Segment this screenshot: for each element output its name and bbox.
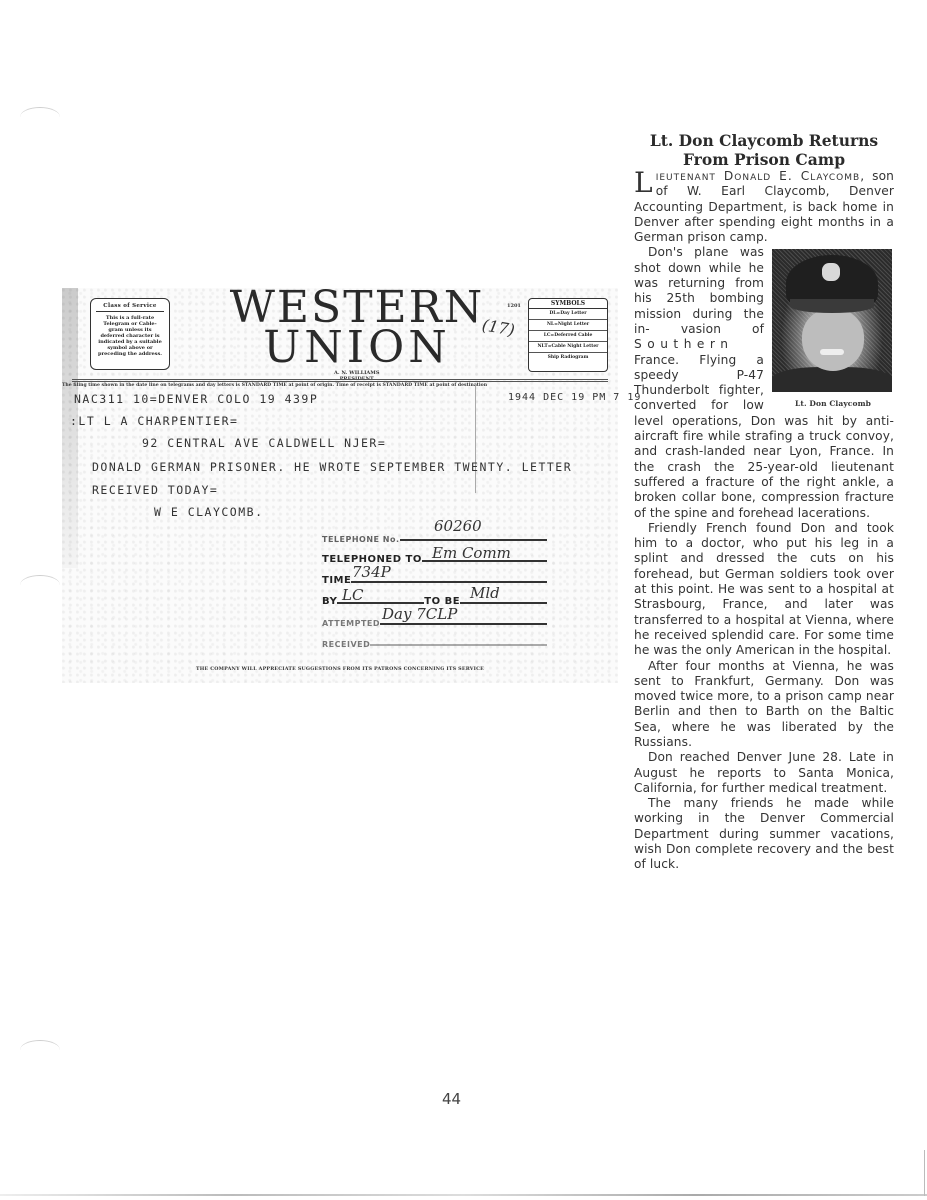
stamp-label: RECEIVED [322,640,370,649]
punch-hole-mark [20,107,60,127]
cap-eagle-insignia-icon [822,263,840,281]
received-stamp: 1944 DEC 19 PM 7 19 [508,392,641,403]
stamp-label: TIME [322,575,351,586]
headline-line-1: Lt. Don Claycomb Returns [634,131,894,150]
stamp-row-time: TIME 734P [322,565,547,586]
symbol-item: NL=Night Letter [529,320,607,331]
stamp-row-received: RECEIVED [322,628,547,649]
stamp-row-by: BY TO BE LC Mld [322,586,547,607]
symbols-title: SYMBOLS [529,299,607,309]
symbol-item: Ship Radiogram [529,353,607,363]
class-of-service-title: Class of Service [96,303,164,312]
stamp-line [460,602,547,604]
stamp-row-telephoned-to: TELEPHONED TO Em Comm [322,544,547,565]
portrait-photo [772,249,892,392]
handwritten-value: 60260 [434,517,482,535]
p2-text-1: Don's plane was shot down while he was r… [634,245,764,335]
symbols-box: SYMBOLS DL=Day Letter NL=Night Letter LC… [528,298,608,372]
page-right-edge [924,1150,925,1196]
stamp-line [400,539,547,541]
punch-hole-mark [20,575,60,595]
article-headline: Lt. Don Claycomb Returns From Prison Cam… [634,131,894,169]
message-line-2: RECEIVED TODAY= [92,483,218,497]
logo-line-union: UNION [212,328,502,368]
class-of-service-box: Class of Service This is a full-rate Tel… [90,298,170,370]
lead-smallcaps: ieutenant Donald E. Claycomb, [656,169,865,183]
symbol-item: LC=Deferred Cable [529,331,607,342]
article-body: L ieutenant Donald E. Claycomb, son of W… [634,169,894,873]
article-paragraph-4: After four months at Vienna, he was sent… [634,659,894,751]
western-union-logo: WESTERN UNION [212,288,502,368]
symbol-item: DL=Day Letter [529,309,607,320]
photo-caption: Lt. Don Claycomb [772,396,894,411]
page-number: 44 [442,1090,461,1108]
p2-spaced-word: Southern [634,337,733,351]
telegram-footer-note: THE COMPANY WILL APPRECIATE SUGGESTIONS … [62,666,618,672]
origin-line: NAC311 10=DENVER COLO 19 439P [74,392,318,406]
recipient-line: :LT L A CHARPENTIER= [70,414,238,428]
article-paragraph-6: The many friends he made while working i… [634,796,894,872]
handwritten-value: Mld [470,584,500,602]
article-paragraph-3: Friendly French found Don and took him t… [634,521,894,659]
handwritten-value: LC [342,586,363,604]
article-paragraph-5: Don reached Denver June 28. Late in Augu… [634,750,894,796]
punch-hole-mark [20,1040,60,1060]
symbol-item: NLT=Cable Night Letter [529,342,607,353]
news-article: Lt. Don Claycomb Returns From Prison Cam… [634,131,894,873]
page-bottom-edge [0,1194,927,1196]
stamp-label: TELEPHONE No. [322,535,400,544]
telephone-delivery-stamp: TELEPHONE No. 60260 TELEPHONED TO Em Com… [322,523,547,649]
stamp-line [370,644,547,646]
form-number: 1201 [507,303,521,309]
handwritten-value: 734P [352,563,391,581]
drop-cap: L [634,171,653,195]
scan-shadow [62,288,78,568]
headline-line-2: From Prison Camp [634,150,894,169]
signature-line: W E CLAYCOMB. [154,505,264,519]
stamp-label: ATTEMPTED [322,619,380,628]
header-rule [72,379,608,382]
stamp-line [380,623,547,625]
filing-time-note: The filing time shown in the date line o… [62,383,618,388]
stamp-line [351,581,547,583]
message-line-1: DONALD GERMAN PRISONER. HE WROTE SEPTEMB… [92,460,572,474]
column-divider [475,383,476,493]
stamp-row-attempted: ATTEMPTED Day 7CLP [322,607,547,628]
western-union-telegram: Class of Service This is a full-rate Tel… [62,288,618,683]
article-paragraph-1: L ieutenant Donald E. Claycomb, son of W… [634,169,894,245]
stamp-label: BY [322,596,337,607]
address-line: 92 CENTRAL AVE CALDWELL NJER= [142,436,386,450]
handwritten-value: Em Comm [432,544,511,562]
stamp-row-telephone-number: TELEPHONE No. 60260 [322,523,547,544]
class-of-service-text: This is a full-rate Telegram or Cable-gr… [96,315,164,357]
handwritten-value: Day 7CLP [382,605,457,623]
portrait-figure: Lt. Don Claycomb [772,249,894,411]
